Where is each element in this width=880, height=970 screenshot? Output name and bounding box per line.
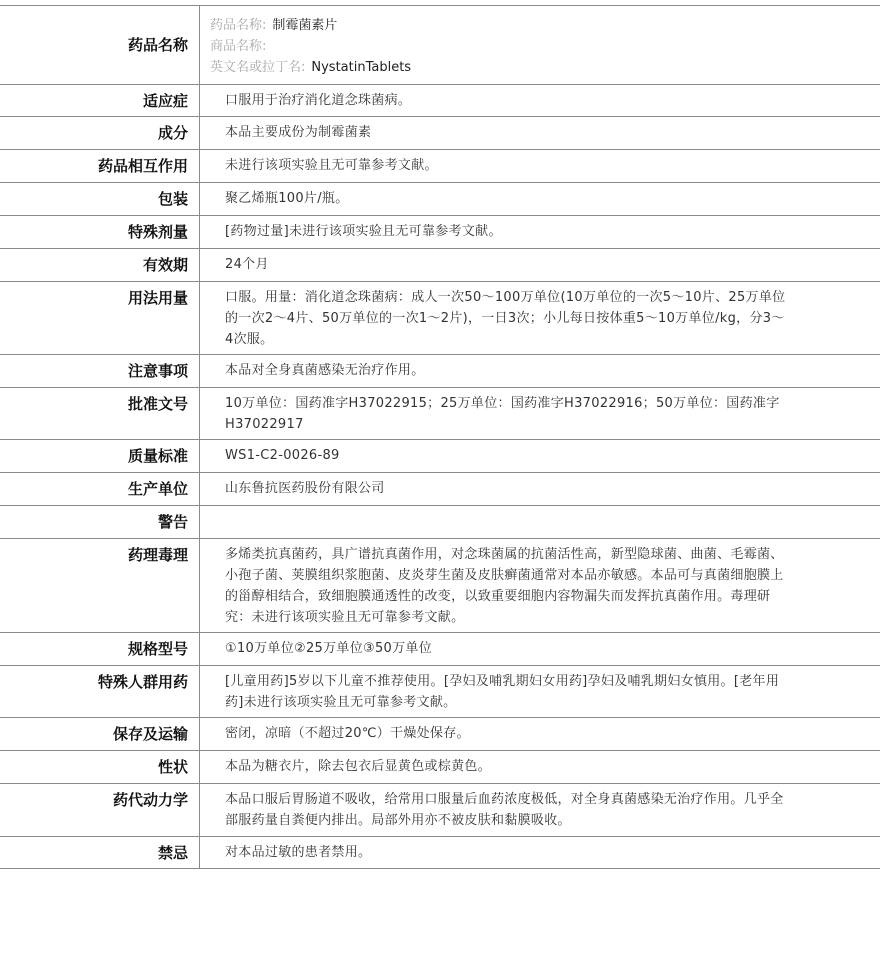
row-label: 有效期 xyxy=(0,249,200,281)
row-label: 包装 xyxy=(0,183,200,215)
row-label: 规格型号 xyxy=(0,633,200,665)
row-storage: 保存及运输 密闭，凉暗（不超过20℃）干燥处保存。 xyxy=(0,718,880,751)
row-value: 山东鲁抗医药股份有限公司 xyxy=(200,473,880,505)
row-value: 本品口服后胃肠道不吸收，给常用口服量后血药浓度极低，对全身真菌感染无治疗作用。几… xyxy=(200,784,880,836)
row-value: 本品主要成份为制霉菌素 xyxy=(200,117,880,149)
row-value: WS1-C2-0026-89 xyxy=(200,440,880,472)
row-label: 禁忌 xyxy=(0,837,200,868)
drug-name-block: 药品名称:制霉菌素片 商品名称: 英文名或拉丁名:NystatinTablets xyxy=(200,6,421,84)
row-warning: 警告 xyxy=(0,506,880,539)
english-name-label: 英文名或拉丁名: xyxy=(210,60,305,75)
row-specification: 规格型号 ①10万单位②25万单位③50万单位 xyxy=(0,633,880,666)
row-precautions: 注意事项 本品对全身真菌感染无治疗作用。 xyxy=(0,355,880,388)
row-label: 警告 xyxy=(0,506,200,538)
row-quality-standard: 质量标准 WS1-C2-0026-89 xyxy=(0,440,880,473)
row-value: 对本品过敏的患者禁用。 xyxy=(200,837,880,868)
row-dosage: 用法用量 口服。用量：消化道念珠菌病：成人一次50～100万单位(10万单位的一… xyxy=(0,282,880,355)
row-label: 保存及运输 xyxy=(0,718,200,750)
drug-info-table: 药品名称 药品名称:制霉菌素片 商品名称: 英文名或拉丁名:NystatinTa… xyxy=(0,5,880,869)
row-value: 密闭，凉暗（不超过20℃）干燥处保存。 xyxy=(200,718,880,750)
row-label: 药品相互作用 xyxy=(0,150,200,182)
row-value: 未进行该项实验且无可靠参考文献。 xyxy=(200,150,880,182)
row-label: 生产单位 xyxy=(0,473,200,505)
generic-name-value: 制霉菌素片 xyxy=(272,18,337,33)
trade-name-line: 商品名称: xyxy=(210,36,411,57)
row-value: [儿童用药]5岁以下儿童不推荐使用。[孕妇及哺乳期妇女用药]孕妇及哺乳期妇女慎用… xyxy=(200,666,880,717)
row-pharmacokinetics: 药代动力学 本品口服后胃肠道不吸收，给常用口服量后血药浓度极低，对全身真菌感染无… xyxy=(0,784,880,837)
english-name-line: 英文名或拉丁名:NystatinTablets xyxy=(210,57,411,78)
row-label: 药理毒理 xyxy=(0,539,200,632)
row-approval-number: 批准文号 10万单位：国药准字H37022915；25万单位：国药准字H3702… xyxy=(0,388,880,440)
row-label: 用法用量 xyxy=(0,282,200,354)
row-pharmacology: 药理毒理 多烯类抗真菌药，具广谱抗真菌作用，对念珠菌属的抗菌活性高，新型隐球菌、… xyxy=(0,539,880,633)
row-packaging: 包装 聚乙烯瓶100片/瓶。 xyxy=(0,183,880,216)
row-value: 本品对全身真菌感染无治疗作用。 xyxy=(200,355,880,387)
row-label: 性状 xyxy=(0,751,200,783)
row-value: ①10万单位②25万单位③50万单位 xyxy=(200,633,880,665)
row-value xyxy=(200,506,880,538)
row-special-dosage: 特殊剂量 [药物过量]未进行该项实验且无可靠参考文献。 xyxy=(0,216,880,249)
row-label: 成分 xyxy=(0,117,200,149)
row-appearance: 性状 本品为糖衣片，除去包衣后显黄色或棕黄色。 xyxy=(0,751,880,784)
row-label: 特殊人群用药 xyxy=(0,666,200,717)
row-value: 24个月 xyxy=(200,249,880,281)
row-value: 多烯类抗真菌药，具广谱抗真菌作用，对念珠菌属的抗菌活性高，新型隐球菌、曲菌、毛霉… xyxy=(200,539,880,632)
row-value: 口服用于治疗消化道念珠菌病。 xyxy=(200,85,880,116)
row-contraindications: 禁忌 对本品过敏的患者禁用。 xyxy=(0,837,880,869)
row-ingredients: 成分 本品主要成份为制霉菌素 xyxy=(0,117,880,150)
row-label: 特殊剂量 xyxy=(0,216,200,248)
row-special-populations: 特殊人群用药 [儿童用药]5岁以下儿童不推荐使用。[孕妇及哺乳期妇女用药]孕妇及… xyxy=(0,666,880,718)
trade-name-label: 商品名称: xyxy=(210,39,266,54)
row-label: 药代动力学 xyxy=(0,784,200,836)
row-value: 本品为糖衣片，除去包衣后显黄色或棕黄色。 xyxy=(200,751,880,783)
row-label: 注意事项 xyxy=(0,355,200,387)
row-manufacturer: 生产单位 山东鲁抗医药股份有限公司 xyxy=(0,473,880,506)
row-drug-name: 药品名称 药品名称:制霉菌素片 商品名称: 英文名或拉丁名:NystatinTa… xyxy=(0,6,880,85)
row-label: 药品名称 xyxy=(0,6,200,84)
row-shelf-life: 有效期 24个月 xyxy=(0,249,880,282)
row-label: 质量标准 xyxy=(0,440,200,472)
row-indications: 适应症 口服用于治疗消化道念珠菌病。 xyxy=(0,85,880,117)
generic-name-line: 药品名称:制霉菌素片 xyxy=(210,15,411,36)
generic-name-label: 药品名称: xyxy=(210,18,266,33)
row-value: 口服。用量：消化道念珠菌病：成人一次50～100万单位(10万单位的一次5～10… xyxy=(200,282,880,354)
row-interactions: 药品相互作用 未进行该项实验且无可靠参考文献。 xyxy=(0,150,880,183)
row-label: 适应症 xyxy=(0,85,200,116)
row-value: 聚乙烯瓶100片/瓶。 xyxy=(200,183,880,215)
row-label: 批准文号 xyxy=(0,388,200,439)
row-value: 10万单位：国药准字H37022915；25万单位：国药准字H37022916；… xyxy=(200,388,880,439)
row-value: [药物过量]未进行该项实验且无可靠参考文献。 xyxy=(200,216,880,248)
english-name-value: NystatinTablets xyxy=(311,60,411,75)
